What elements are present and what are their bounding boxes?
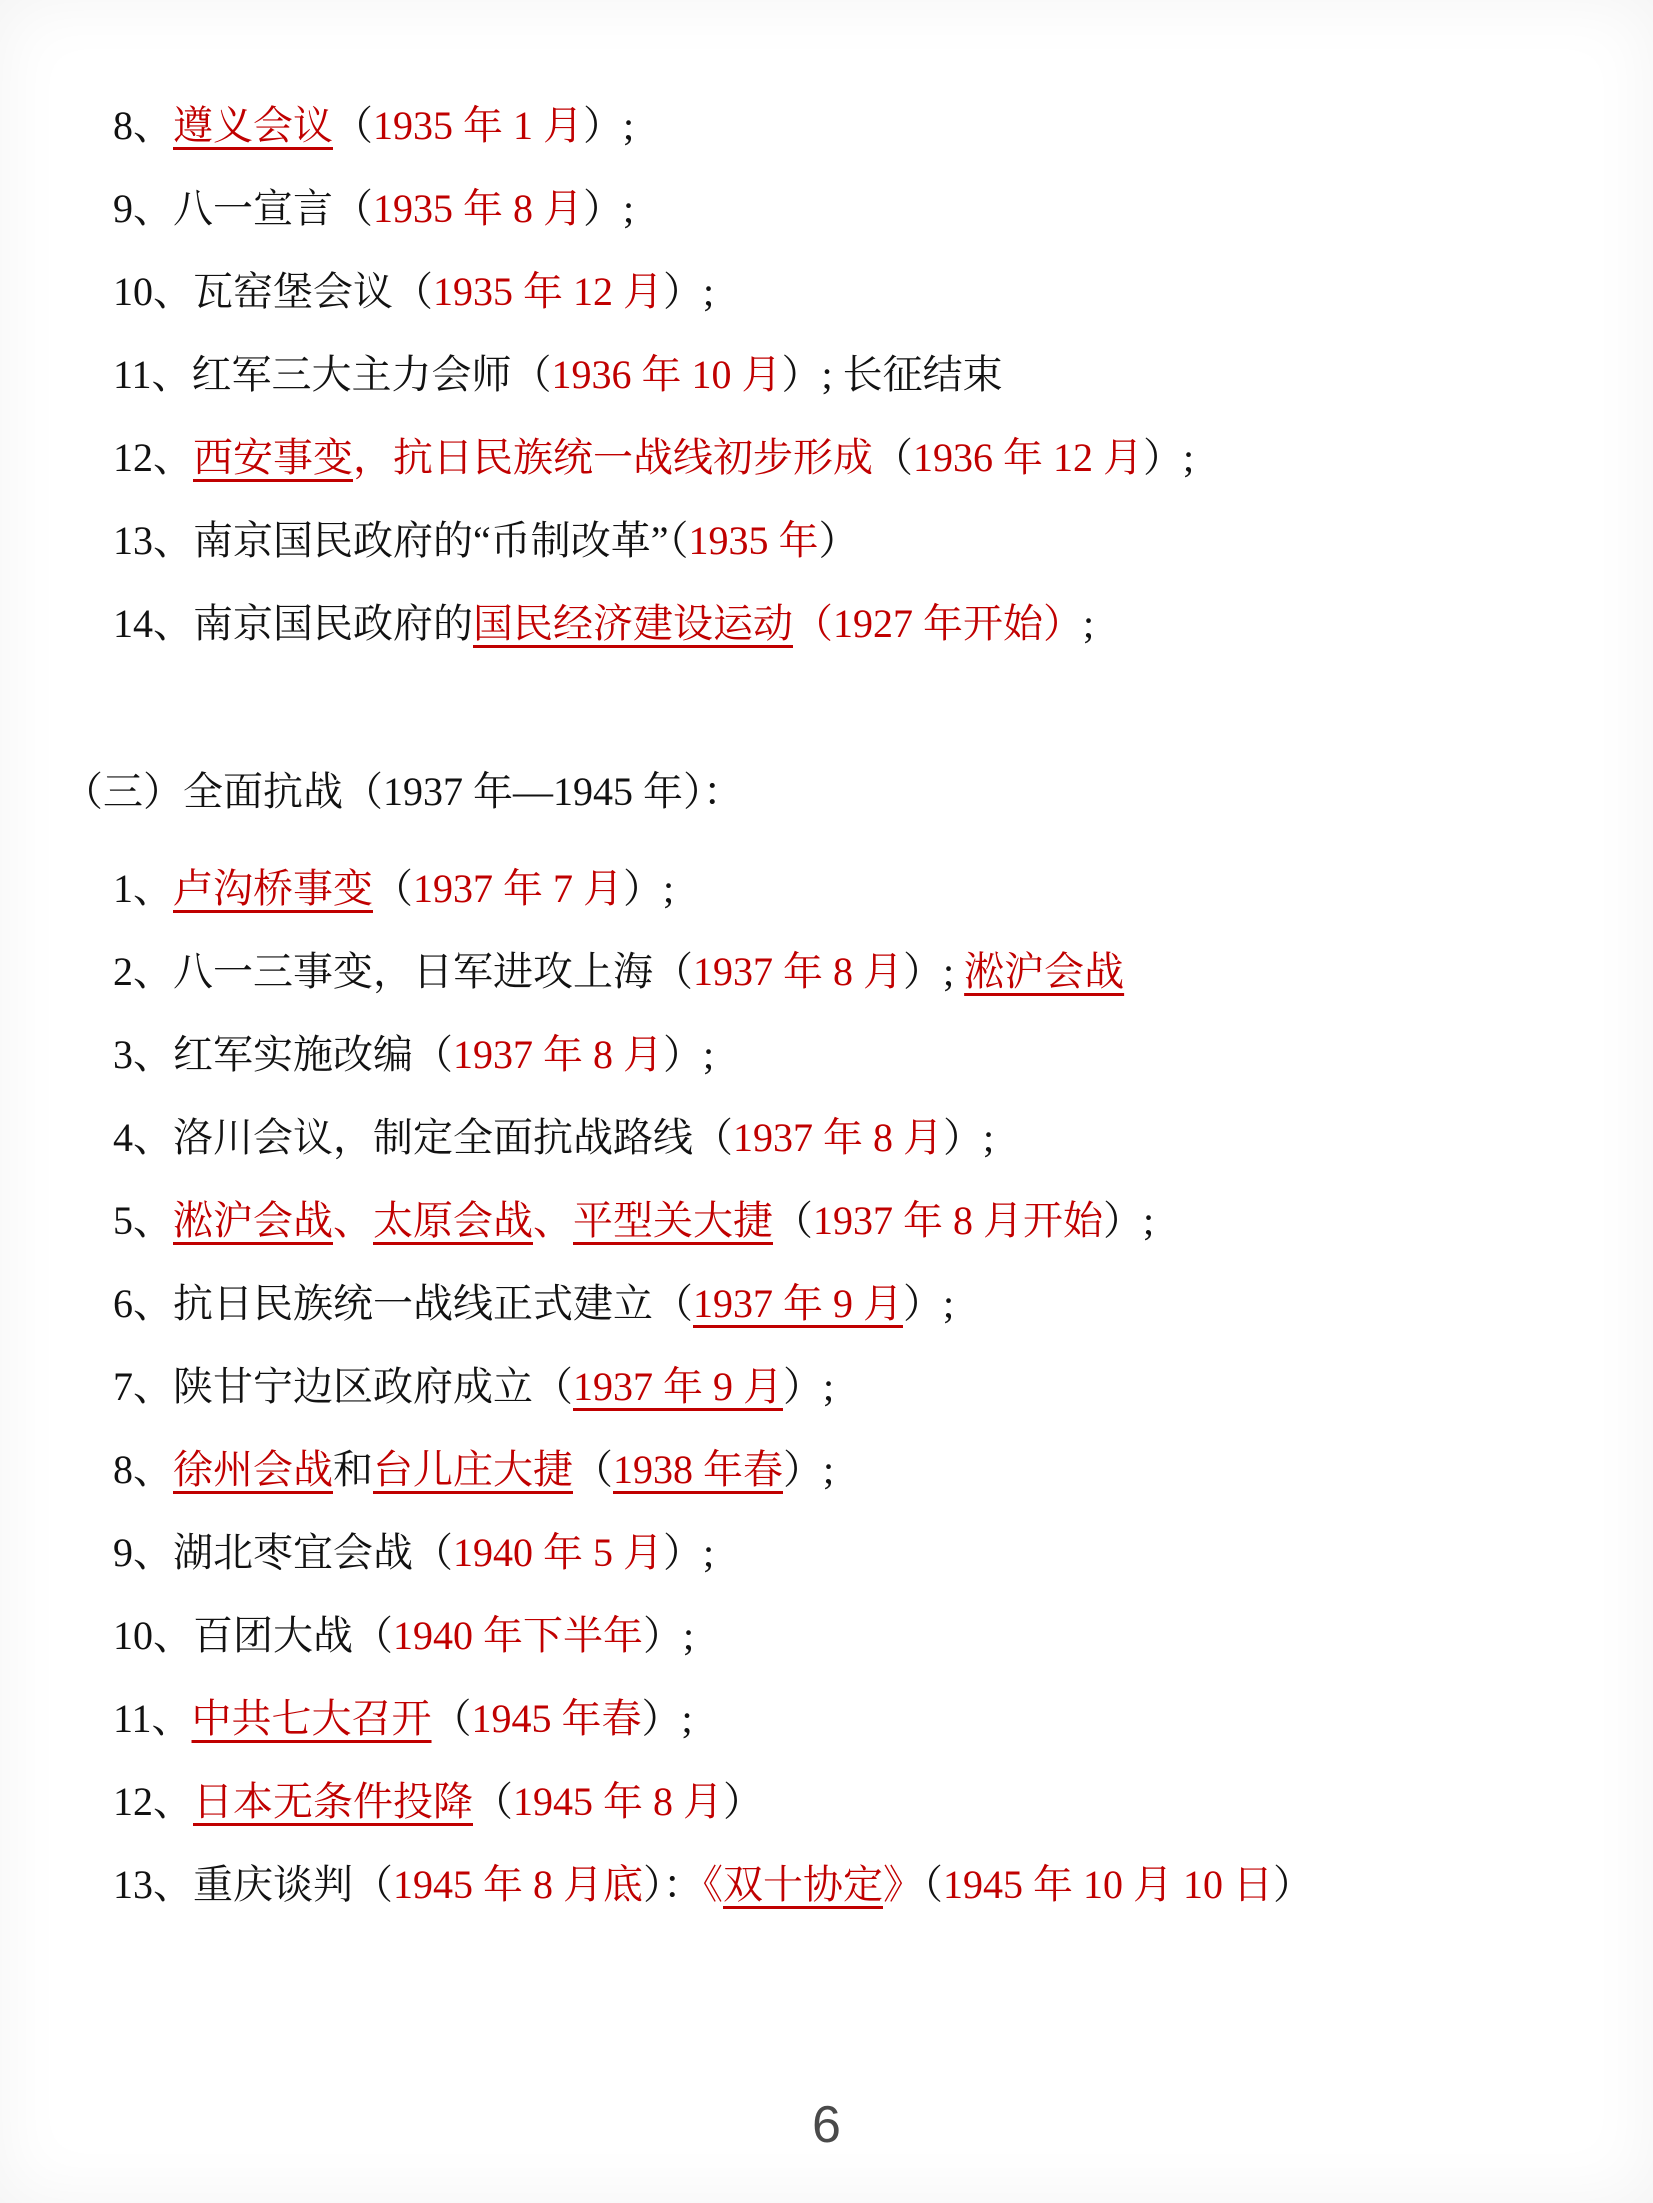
list-item: 6、抗日民族统一战线正式建立（1937 年 9 月）; xyxy=(0,1262,1653,1345)
list-item: 11、红军三大主力会师（1936 年 10 月）; 长征结束 xyxy=(0,333,1653,416)
text-segment: 遵义会议 xyxy=(173,103,333,148)
text-segment: 9、八一宣言（ xyxy=(113,186,373,231)
text-segment: （ xyxy=(432,1696,472,1741)
list-item: 10、瓦窑堡会议（1935 年 12 月）; xyxy=(0,250,1653,333)
text-segment: ）; xyxy=(663,1530,714,1575)
text-segment: 13、南京国民政府的“币制改革”（ xyxy=(113,518,689,563)
list-item: 13、南京国民政府的“币制改革”（1935 年） xyxy=(0,499,1653,582)
text-segment: ）; xyxy=(663,1032,714,1077)
section: （三）全面抗战（1937 年—1945 年）：1、卢沟桥事变（1937 年 7 … xyxy=(0,750,1653,1926)
text-segment: ）; xyxy=(583,103,634,148)
text-segment: 1937 年 9 月 xyxy=(573,1364,783,1409)
text-segment: 西安事变 xyxy=(193,435,353,480)
text-segment: 1935 年 1 月 xyxy=(373,103,583,148)
text-segment: 1938 年春 xyxy=(613,1447,783,1492)
text-segment: 太原会战 xyxy=(373,1198,533,1243)
text-segment: ，抗日民族统一战线初步形成 xyxy=(353,435,873,480)
text-segment: 、 xyxy=(533,1198,573,1243)
text-segment: 中共七大召开 xyxy=(192,1696,432,1741)
text-segment: 8、 xyxy=(113,1447,173,1492)
text-segment: ）; xyxy=(583,186,634,231)
section-heading: （三）全面抗战（1937 年—1945 年）： xyxy=(0,750,1653,833)
list-item: 5、淞沪会战、太原会战、平型关大捷（1937 年 8 月开始）; xyxy=(0,1179,1653,1262)
text-segment: 11、 xyxy=(113,1696,192,1741)
list-item: 1、卢沟桥事变（1937 年 7 月）; xyxy=(0,847,1653,930)
text-segment: 1940 年 5 月 xyxy=(453,1530,663,1575)
text-segment: 3、红军实施改编（ xyxy=(113,1032,453,1077)
page-number: 6 xyxy=(0,2095,1653,2155)
text-segment: （1927 年开始） xyxy=(793,601,1083,646)
text-segment: 台儿庄大捷 xyxy=(373,1447,573,1492)
text-segment: 7、陕甘宁边区政府成立（ xyxy=(113,1364,573,1409)
text-segment: 1945 年 10 月 10 日 xyxy=(943,1862,1273,1907)
text-segment: 1940 年下半年 xyxy=(393,1613,643,1658)
list-item: 9、八一宣言（1935 年 8 月）; xyxy=(0,167,1653,250)
text-segment: 1937 年 8 月 xyxy=(693,949,903,994)
text-segment: 5、 xyxy=(113,1198,173,1243)
text-segment: 和 xyxy=(333,1447,373,1492)
text-segment: 淞沪会战 xyxy=(964,949,1124,994)
list-item: 2、八一三事变，日军进攻上海（1937 年 8 月）; 淞沪会战 xyxy=(0,930,1653,1013)
text-segment: 1937 年 8 月 xyxy=(733,1115,943,1160)
text-segment: 1937 年 9 月 xyxy=(693,1281,903,1326)
text-segment: 8、 xyxy=(113,103,173,148)
text-segment: 4、洛川会议，制定全面抗战路线（ xyxy=(113,1115,733,1160)
text-segment: ）; xyxy=(623,866,674,911)
text-segment: 12、 xyxy=(113,435,193,480)
text-segment: 》 xyxy=(883,1862,923,1907)
text-segment: （ xyxy=(873,435,913,480)
document-content: 8、遵义会议（1935 年 1 月）;9、八一宣言（1935 年 8 月）;10… xyxy=(0,0,1653,1926)
text-segment: ）; xyxy=(1143,435,1194,480)
text-segment: ）; xyxy=(642,1696,693,1741)
text-segment: ）; xyxy=(783,1364,834,1409)
text-segment: ）; xyxy=(1103,1198,1154,1243)
text-segment: 1936 年 12 月 xyxy=(913,435,1143,480)
text-segment: 1937 年 8 月 xyxy=(453,1032,663,1077)
list-item: 12、日本无条件投降（1945 年 8 月） xyxy=(0,1760,1653,1843)
section: 8、遵义会议（1935 年 1 月）;9、八一宣言（1935 年 8 月）;10… xyxy=(0,84,1653,665)
list-item: 9、湖北枣宜会战（1940 年 5 月）; xyxy=(0,1511,1653,1594)
text-segment: 14、南京国民政府的 xyxy=(113,601,473,646)
text-segment: ）; xyxy=(643,1613,694,1658)
text-segment: （ xyxy=(923,1862,943,1907)
text-segment: 1945 年春 xyxy=(472,1696,642,1741)
text-segment: （ xyxy=(473,1779,513,1824)
list-item: 7、陕甘宁边区政府成立（1937 年 9 月）; xyxy=(0,1345,1653,1428)
text-segment: 9、湖北枣宜会战（ xyxy=(113,1530,453,1575)
text-segment: ）; 长征结束 xyxy=(782,352,1003,397)
text-segment: 1935 年 12 月 xyxy=(433,269,663,314)
text-segment: 国民经济建设运动 xyxy=(473,601,793,646)
list-item: 12、西安事变，抗日民族统一战线初步形成（1936 年 12 月）; xyxy=(0,416,1653,499)
text-segment: 12、 xyxy=(113,1779,193,1824)
text-segment: （ xyxy=(773,1198,813,1243)
list-item: 8、徐州会战和台儿庄大捷（1938 年春）; xyxy=(0,1428,1653,1511)
text-segment: 徐州会战 xyxy=(173,1447,333,1492)
list-item: 11、中共七大召开（1945 年春）; xyxy=(0,1677,1653,1760)
text-segment: （ xyxy=(333,103,373,148)
text-segment: ） xyxy=(1273,1862,1313,1907)
text-segment: 1935 年 xyxy=(689,518,819,563)
text-segment: 1、 xyxy=(113,866,173,911)
text-segment: ） xyxy=(723,1779,763,1824)
text-segment: 1937 年 7 月 xyxy=(413,866,623,911)
list-item: 4、洛川会议，制定全面抗战路线（1937 年 8 月）; xyxy=(0,1096,1653,1179)
document-page: 8、遵义会议（1935 年 1 月）;9、八一宣言（1935 年 8 月）;10… xyxy=(0,0,1653,2203)
list-item: 13、重庆谈判（1945 年 8 月底）：《双十协定》（1945 年 10 月 … xyxy=(0,1843,1653,1926)
text-segment: ）; xyxy=(783,1447,834,1492)
text-segment: 《 xyxy=(703,1862,723,1907)
text-segment: ; xyxy=(1083,601,1094,646)
text-segment: 1937 年 8 月开始 xyxy=(813,1198,1103,1243)
text-segment: ）; xyxy=(903,1281,954,1326)
text-segment: 1936 年 10 月 xyxy=(552,352,782,397)
text-segment: 卢沟桥事变 xyxy=(173,866,373,911)
text-segment: 1935 年 8 月 xyxy=(373,186,583,231)
text-segment: 6、抗日民族统一战线正式建立（ xyxy=(113,1281,693,1326)
text-segment: 10、百团大战（ xyxy=(113,1613,393,1658)
text-segment: 2、八一三事变，日军进攻上海（ xyxy=(113,949,693,994)
list-item: 14、南京国民政府的国民经济建设运动（1927 年开始）; xyxy=(0,582,1653,665)
list-item: 3、红军实施改编（1937 年 8 月）; xyxy=(0,1013,1653,1096)
text-segment: 10、瓦窑堡会议（ xyxy=(113,269,433,314)
text-segment: ）; xyxy=(903,949,964,994)
text-segment: ） xyxy=(819,518,859,563)
text-segment: 1945 年 8 月 xyxy=(513,1779,723,1824)
text-segment: ）; xyxy=(943,1115,994,1160)
text-segment: 双十协定 xyxy=(723,1862,883,1907)
text-segment: （ xyxy=(373,866,413,911)
text-segment: ）： xyxy=(643,1862,703,1907)
list-item: 8、遵义会议（1935 年 1 月）; xyxy=(0,84,1653,167)
text-segment: 11、红军三大主力会师（ xyxy=(113,352,552,397)
text-segment: 、 xyxy=(333,1198,373,1243)
text-segment: ）; xyxy=(663,269,714,314)
text-segment: （ xyxy=(573,1447,613,1492)
text-segment: 1945 年 8 月底 xyxy=(393,1862,643,1907)
text-segment: 平型关大捷 xyxy=(573,1198,773,1243)
text-segment: 淞沪会战 xyxy=(173,1198,333,1243)
list-item: 10、百团大战（1940 年下半年）; xyxy=(0,1594,1653,1677)
text-segment: 13、重庆谈判（ xyxy=(113,1862,393,1907)
text-segment: 日本无条件投降 xyxy=(193,1779,473,1824)
